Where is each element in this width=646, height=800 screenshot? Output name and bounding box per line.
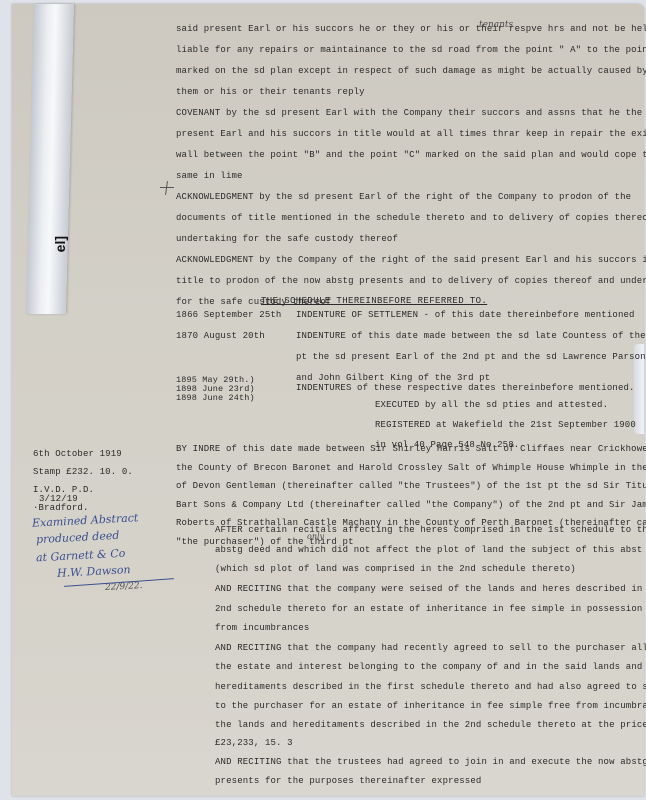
deed-line: of Devon Gentleman (thereinafter called …	[176, 481, 646, 491]
body-line: undertaking for the safe custody thereof	[176, 234, 398, 244]
recital-line: £23,233, 15. 3	[215, 738, 293, 748]
body-line: ACKNOWLEDGMENT by the sd present Earl of…	[176, 192, 631, 202]
margin-date: 6th October 1919	[33, 449, 122, 459]
margin-stamp: Stamp £232. 10. 0.	[33, 467, 133, 477]
recital-line: from incumbrances	[215, 623, 309, 633]
recital-line: to the purchaser for an estate of inheri…	[215, 701, 646, 711]
schedule-group-text: INDENTURES of these respective dates the…	[296, 383, 635, 393]
body-line: liable for any repairs or maintainance t…	[176, 45, 646, 55]
schedule-text: and John Gilbert King of the 3rd pt	[296, 373, 490, 383]
deed-line: the County of Brecon Baronet and Harold …	[176, 463, 646, 473]
body-line: said present Earl or his succors he or t…	[176, 24, 646, 34]
deed-line: BY INDRE of this date made between Sir S…	[176, 444, 646, 454]
margin-cross-mark	[160, 181, 174, 195]
recital-line: the lands and hereditaments described in…	[215, 720, 646, 730]
schedule-date: 1870 August 20th	[176, 331, 265, 341]
recital-line: AFTER certain recitals affecting the her…	[215, 525, 646, 535]
recital-line: the estate and interest belonging to the…	[215, 662, 642, 672]
schedule-group-date: 1898 June 24th)	[176, 393, 255, 403]
recital-line: AND RECITING that the trustees had agree…	[215, 757, 646, 767]
schedule-text: INDENTURE of this date made between the …	[296, 331, 646, 341]
schedule-text: pt the sd present Earl of the 2nd pt and…	[296, 352, 646, 362]
body-line: ACKNOWLEDGMENT by the Company of the rig…	[176, 255, 646, 265]
recital-line: hereditaments described in the first sch…	[215, 682, 646, 692]
document-page: el] tenants said present Earl or his suc…	[12, 4, 644, 796]
schedule-date: 1866 September 25th	[176, 310, 281, 320]
body-line: title to prodon of the now abstg present…	[176, 276, 646, 286]
body-line: COVENANT by the sd present Earl with the…	[176, 108, 646, 118]
handwritten-line: produced deed	[36, 529, 120, 546]
handwritten-line: at Garnett & Co	[36, 547, 126, 565]
deed-line: Bart Sons & Company Ltd (thereinafter ca…	[176, 500, 646, 510]
handwritten-line: Examined Abstract	[32, 511, 139, 530]
binding-ribbon	[26, 4, 74, 314]
handwritten-signature: H.W. Dawson	[57, 563, 131, 580]
recital-line: presents for the purposes thereinafter e…	[215, 776, 481, 786]
ribbon-label: el]	[52, 236, 68, 252]
recital-line: (which sd plot of land was comprised in …	[215, 564, 576, 574]
body-line: marked on the sd plan except in respect …	[176, 66, 646, 76]
recital-line: abstg deed and which did not affect the …	[215, 545, 642, 555]
recital-line: AND RECITING that the company had recent…	[215, 643, 646, 653]
body-line: documents of title mentioned in the sche…	[176, 213, 646, 223]
execution-line: EXECUTED by all the sd pties and atteste…	[375, 400, 608, 410]
schedule-text: INDENTURE OF SETTLEMEN - of this date th…	[296, 310, 635, 320]
body-line: same in lime	[176, 171, 243, 181]
schedule-heading: THE SCHEDULE THEREINBEFORE REFERRED TO.	[261, 296, 487, 306]
recital-line: 2nd schedule thereto for an estate of in…	[215, 604, 646, 614]
body-line: them or his or their tenants reply	[176, 87, 365, 97]
margin-note: ·Bradford.	[33, 503, 89, 513]
recital-line: AND RECITING that the company were seise…	[215, 584, 646, 594]
body-line: present Earl and his succors in title wo…	[176, 129, 646, 139]
body-line: wall between the point "B" and the point…	[176, 150, 646, 160]
execution-line: REGISTERED at Wakefield the 21st Septemb…	[375, 420, 636, 430]
